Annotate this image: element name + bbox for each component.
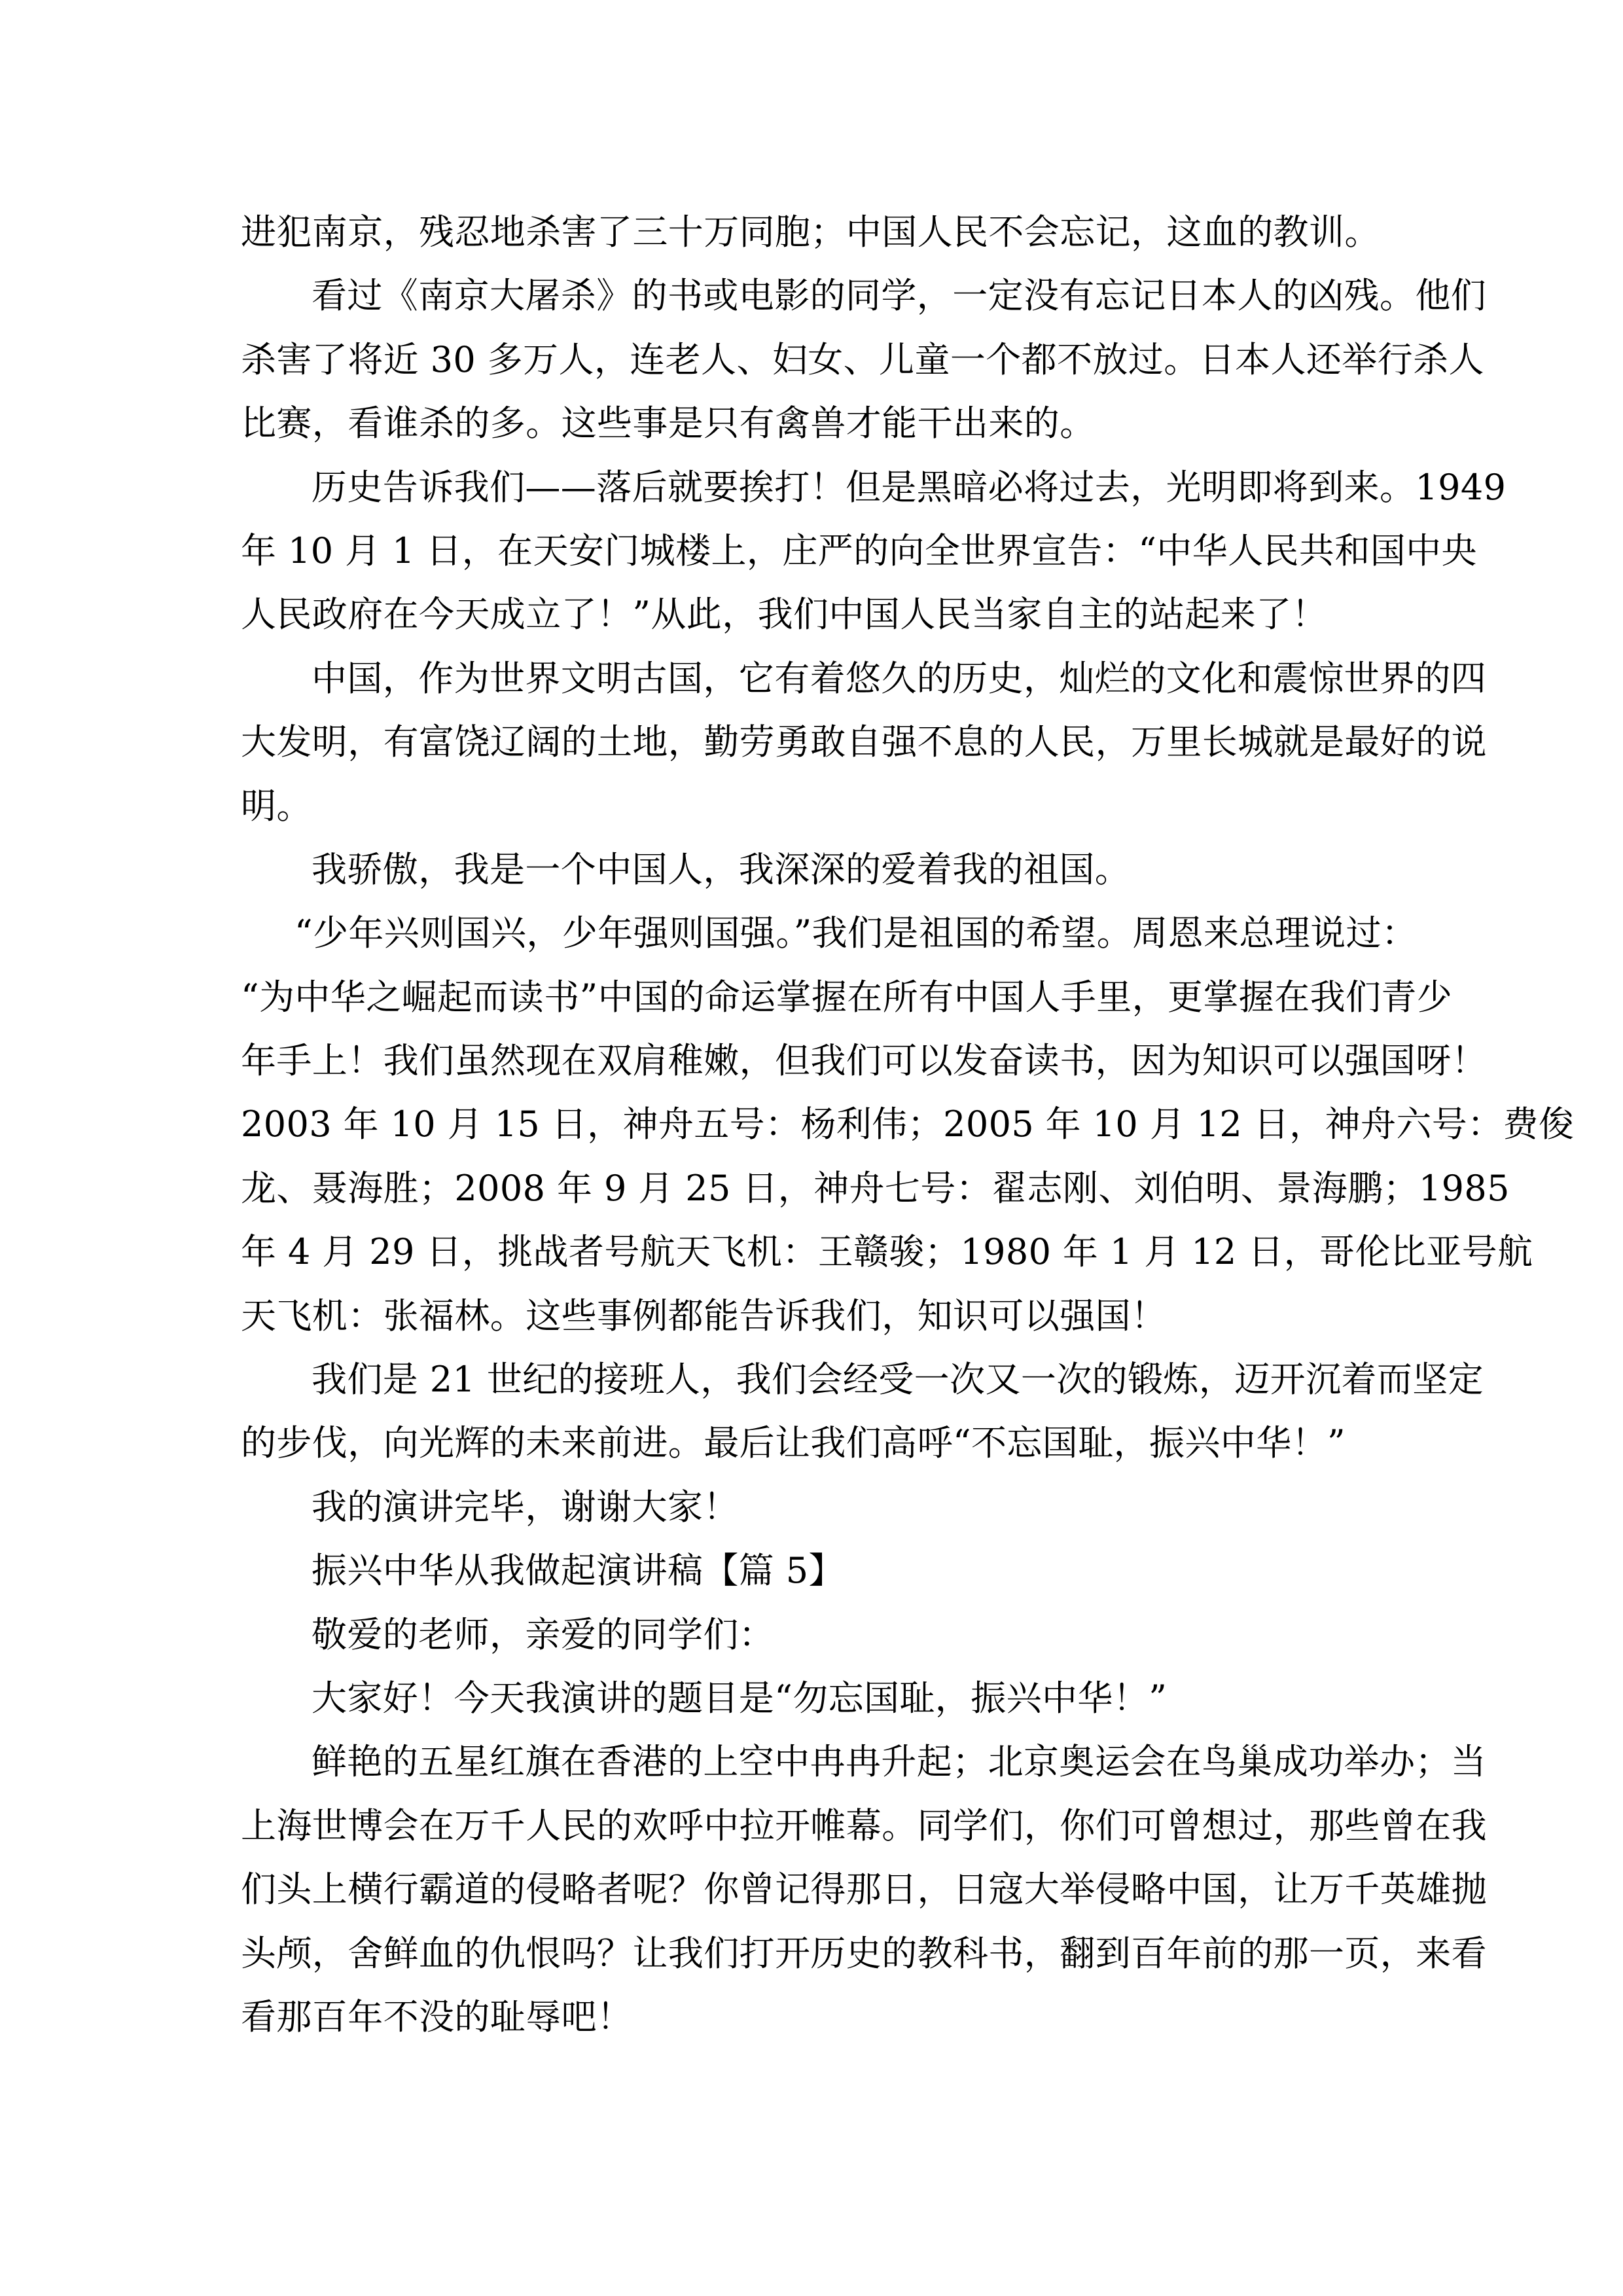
text-line: 杀害了将近 30 多万人，连老人、妇女、儿童一个都不放过。日本人还举行杀人 xyxy=(241,328,1353,391)
text-line: 头颅，舍鲜血的仇恨吗？让我们打开历史的教科书，翻到百年前的那一页，来看 xyxy=(241,1922,1353,1985)
text-line: 天飞机：张福林。这些事例都能告诉我们，知识可以强国！ xyxy=(241,1284,1353,1348)
document-body: 进犯南京，残忍地杀害了三十万同胞；中国人民不会忘记，这血的教训。 看过《南京大屠… xyxy=(241,200,1353,2049)
text-line: 我们是 21 世纪的接班人，我们会经受一次又一次的锻炼，迈开沉着而坚定 xyxy=(241,1348,1353,1411)
text-line: 我的演讲完毕，谢谢大家！ xyxy=(241,1475,1353,1539)
text-line: 的步伐，向光辉的未来前进。最后让我们高呼“不忘国耻，振兴中华！” xyxy=(241,1411,1353,1475)
text-line: 比赛，看谁杀的多。这些事是只有禽兽才能干出来的。 xyxy=(241,391,1353,455)
text-line: 年手上！我们虽然现在双肩稚嫩，但我们可以发奋读书，因为知识可以强国呀！ xyxy=(241,1029,1353,1092)
text-line: “少年兴则国兴，少年强则国强。”我们是祖国的希望。周恩来总理说过： xyxy=(241,901,1353,965)
document-page: 进犯南京，残忍地杀害了三十万同胞；中国人民不会忘记，这血的教训。 看过《南京大屠… xyxy=(0,0,1623,2296)
text-line: 龙、聂海胜；2008 年 9 月 25 日，神舟七号：翟志刚、刘伯明、景海鹏；1… xyxy=(241,1157,1353,1220)
salutation: 敬爱的老师，亲爱的同学们： xyxy=(241,1603,1353,1666)
text-line: 明。 xyxy=(241,774,1353,838)
text-line: 进犯南京，残忍地杀害了三十万同胞；中国人民不会忘记，这血的教训。 xyxy=(241,200,1353,264)
text-line: 鲜艳的五星红旗在香港的上空中冉冉升起；北京奥运会在鸟巢成功举办；当 xyxy=(241,1730,1353,1793)
text-line: 上海世博会在万千人民的欢呼中拉开帷幕。同学们，你们可曾想过，那些曾在我 xyxy=(241,1794,1353,1857)
text-line: 人民政府在今天成立了！”从此，我们中国人民当家自主的站起来了！ xyxy=(241,583,1353,646)
text-line: 2003 年 10 月 15 日，神舟五号：杨利伟；2005 年 10 月 12… xyxy=(241,1092,1353,1156)
text-line: 大家好！今天我演讲的题目是“勿忘国耻，振兴中华！” xyxy=(241,1666,1353,1730)
section-heading: 振兴中华从我做起演讲稿【篇 5】 xyxy=(241,1539,1353,1602)
text-line: 看那百年不没的耻辱吧！ xyxy=(241,1985,1353,2049)
text-line: 中国，作为世界文明古国，它有着悠久的历史，灿烂的文化和震惊世界的四 xyxy=(241,647,1353,710)
text-line: 我骄傲，我是一个中国人，我深深的爱着我的祖国。 xyxy=(241,838,1353,901)
text-line: 们头上横行霸道的侵略者呢？你曾记得那日，日寇大举侵略中国，让万千英雄抛 xyxy=(241,1857,1353,1921)
text-line: 大发明，有富饶辽阔的土地，勤劳勇敢自强不息的人民，万里长城就是最好的说 xyxy=(241,710,1353,774)
text-line: “为中华之崛起而读书”中国的命运掌握在所有中国人手里，更掌握在我们青少 xyxy=(241,965,1353,1029)
text-line: 年 4 月 29 日，挑战者号航天飞机：王赣骏；1980 年 1 月 12 日，… xyxy=(241,1220,1353,1283)
text-line: 年 10 月 1 日，在天安门城楼上，庄严的向全世界宣告：“中华人民共和国中央 xyxy=(241,519,1353,583)
text-line: 看过《南京大屠杀》的书或电影的同学，一定没有忘记日本人的凶残。他们 xyxy=(241,264,1353,327)
text-line: 历史告诉我们——落后就要挨打！但是黑暗必将过去，光明即将到来。1949 xyxy=(241,456,1353,519)
